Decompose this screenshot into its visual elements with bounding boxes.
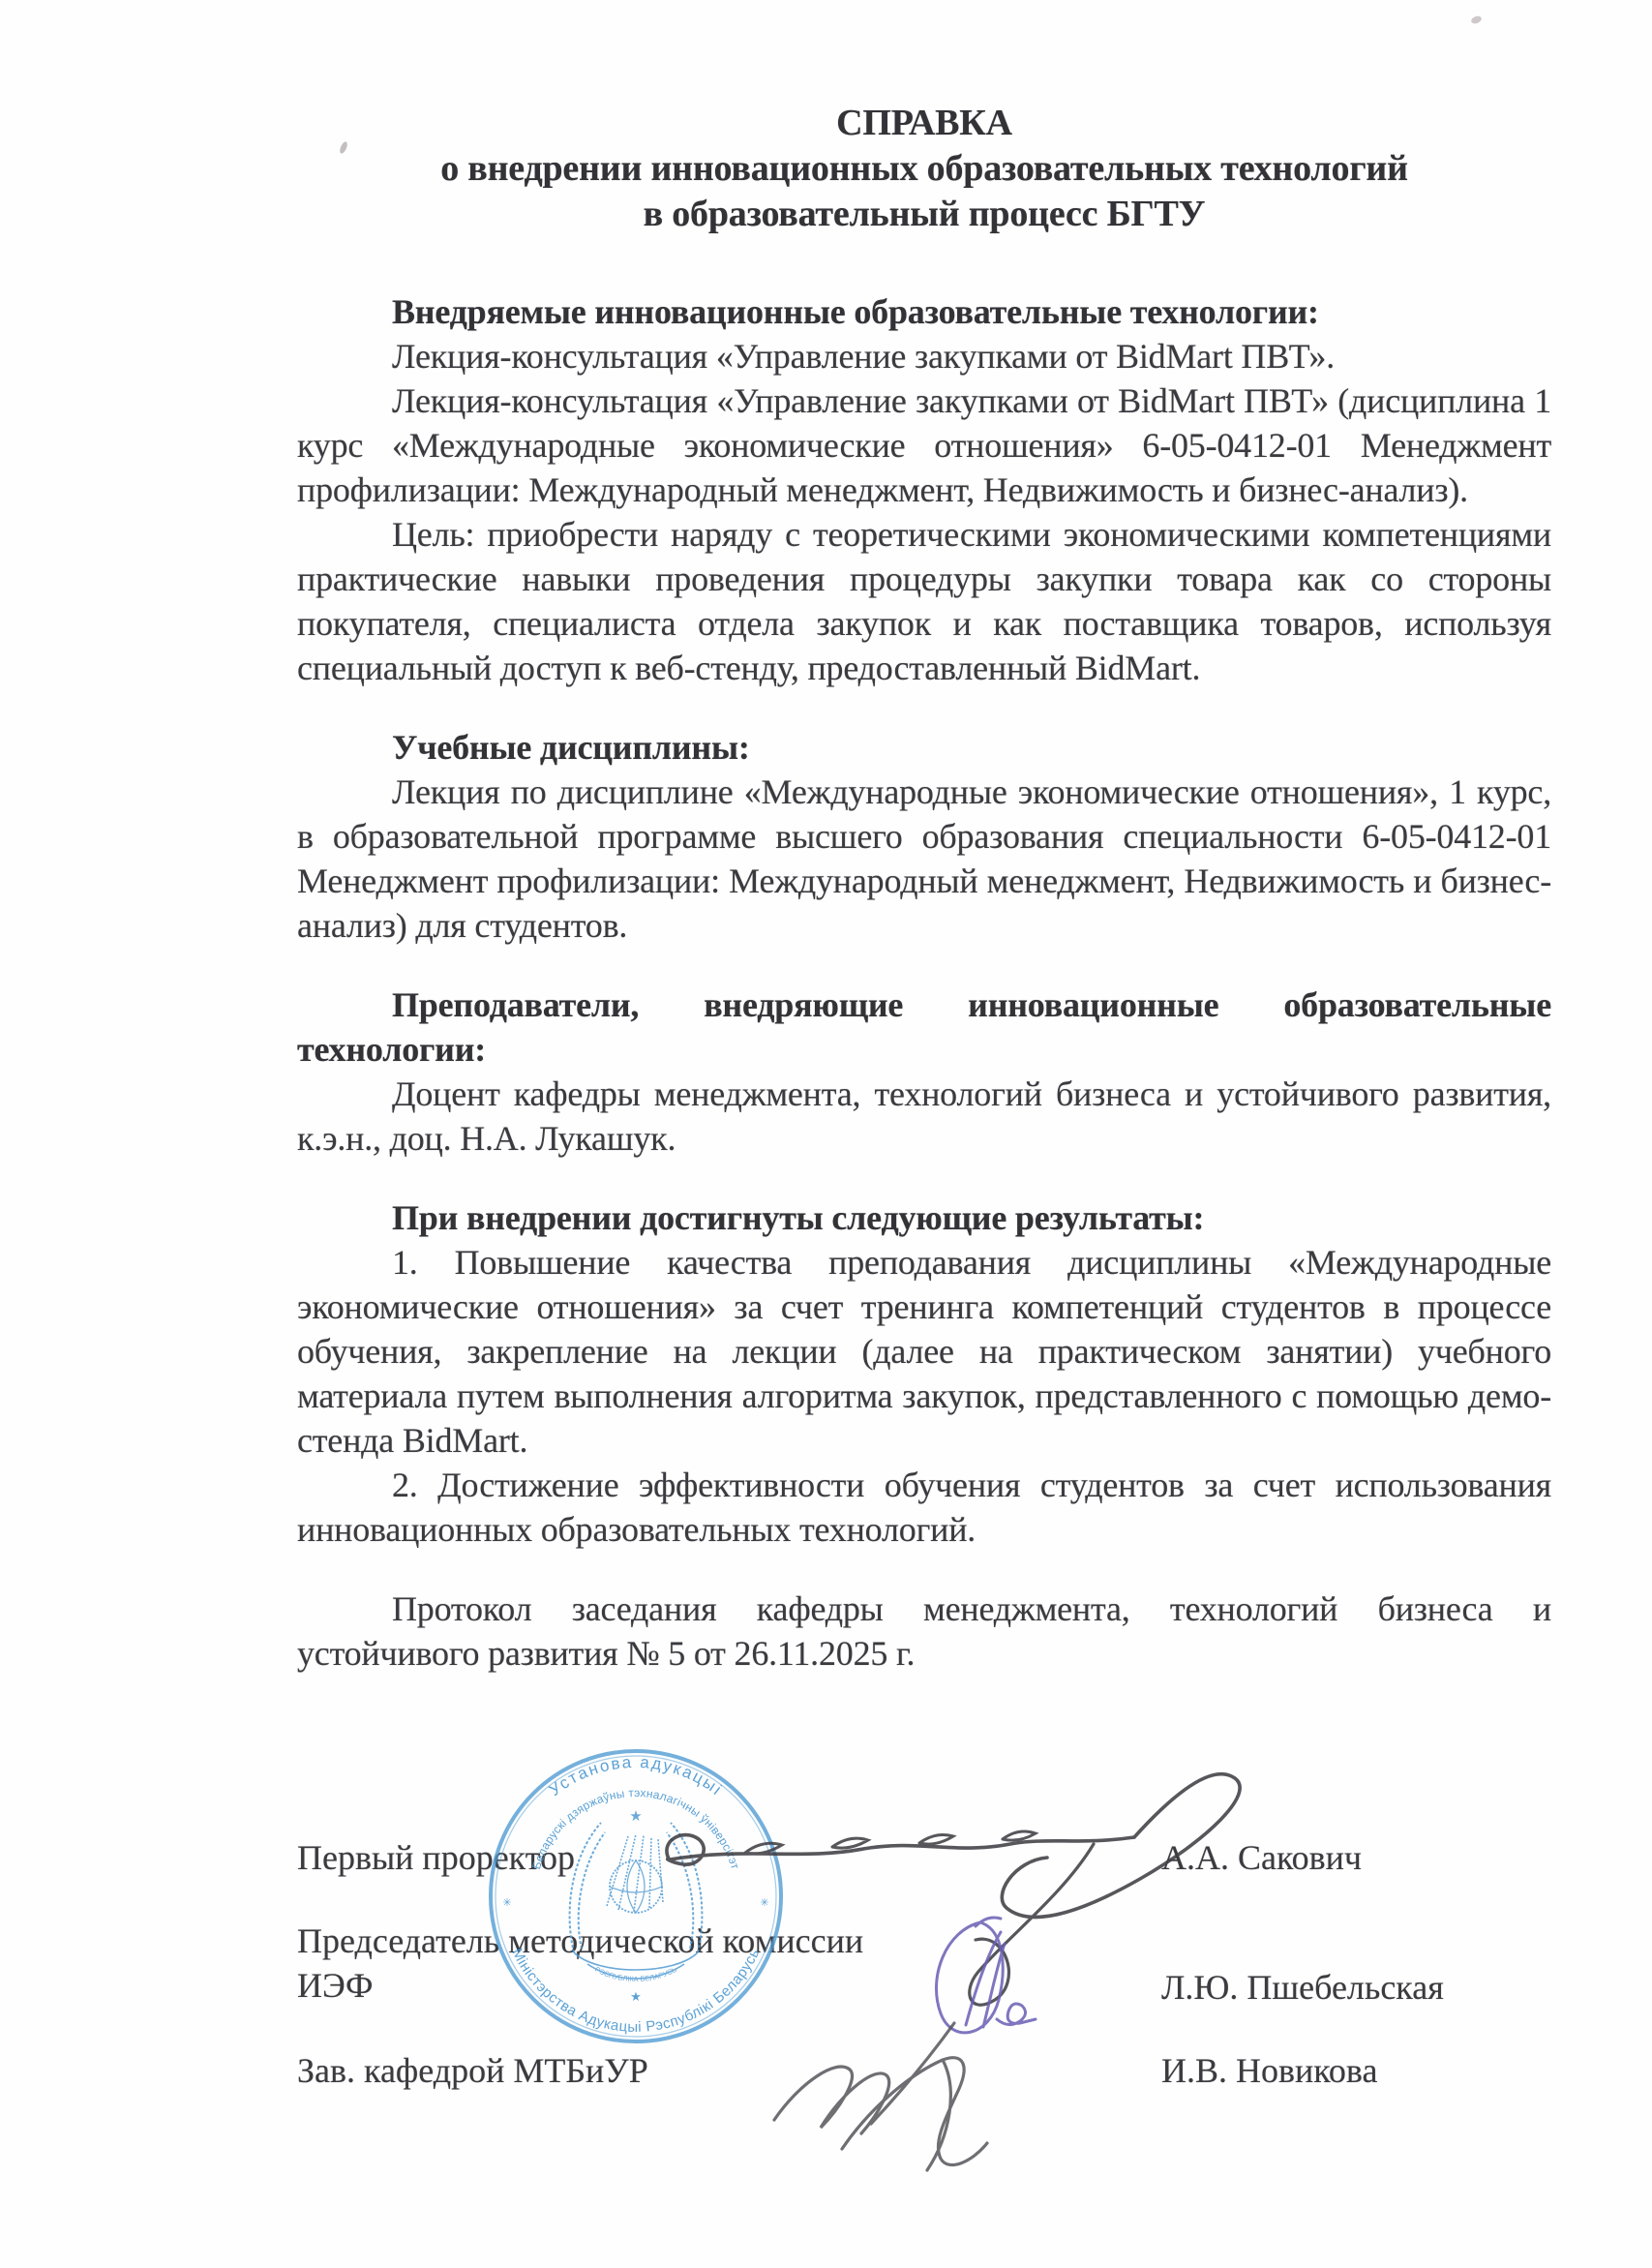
paragraph: Лекция по дисциплине «Международные экон… (297, 770, 1551, 948)
signature-stroke-sakovich (667, 1774, 1240, 2006)
title-line-2: о внедрении инновационных образовательны… (297, 146, 1551, 192)
signature-stroke-pshebelskaya (936, 1918, 1036, 2033)
section-technologies: Внедряемые инновационные образовательные… (297, 289, 1551, 690)
paragraph: Доцент кафедры менеджмента, технологий б… (297, 1072, 1551, 1161)
title-line-3: в образовательный процесс БГТУ (297, 192, 1551, 237)
section-heading: Преподаватели, внедряющие инновационные … (297, 983, 1551, 1072)
document-title: СПРАВКА о внедрении инновационных образо… (297, 0, 1551, 237)
section-heading: При внедрении достигнуты следующие резул… (297, 1195, 1551, 1240)
signature-role-methodical-chair-line2: ИЭФ (297, 1963, 373, 2008)
section-protocol: Протокол заседания кафедры менеджмента, … (297, 1587, 1551, 1676)
scanned-document-page: СПРАВКА о внедрении инновационных образо… (0, 0, 1652, 2268)
signature-stroke-novikova (774, 2023, 987, 2170)
section-heading: Учебные дисциплины: (297, 725, 1551, 770)
section-heading: Внедряемые инновационные образовательные… (297, 289, 1551, 334)
paragraph: 1. Повышение качества преподавания дисци… (297, 1240, 1551, 1463)
section-results: При внедрении достигнуты следующие резул… (297, 1195, 1551, 1552)
protocol-paragraph: Протокол заседания кафедры менеджмента, … (297, 1587, 1551, 1676)
section-disciplines: Учебные дисциплины: Лекция по дисциплине… (297, 725, 1551, 948)
paragraph: 2. Достижение эффективности обучения сту… (297, 1463, 1551, 1552)
paragraph: Цель: приобрести наряду с теоретическими… (297, 512, 1551, 690)
paragraph: Лекция-консультация «Управление закупкам… (297, 378, 1551, 512)
title-line-1: СПРАВКА (297, 101, 1551, 146)
paragraph: Лекция-консультация «Управление закупкам… (297, 334, 1551, 378)
document-body: СПРАВКА о внедрении инновационных образо… (297, 0, 1551, 1676)
section-teachers: Преподаватели, внедряющие инновационные … (297, 983, 1551, 1161)
signatures-ink-layer (416, 1733, 1268, 2197)
